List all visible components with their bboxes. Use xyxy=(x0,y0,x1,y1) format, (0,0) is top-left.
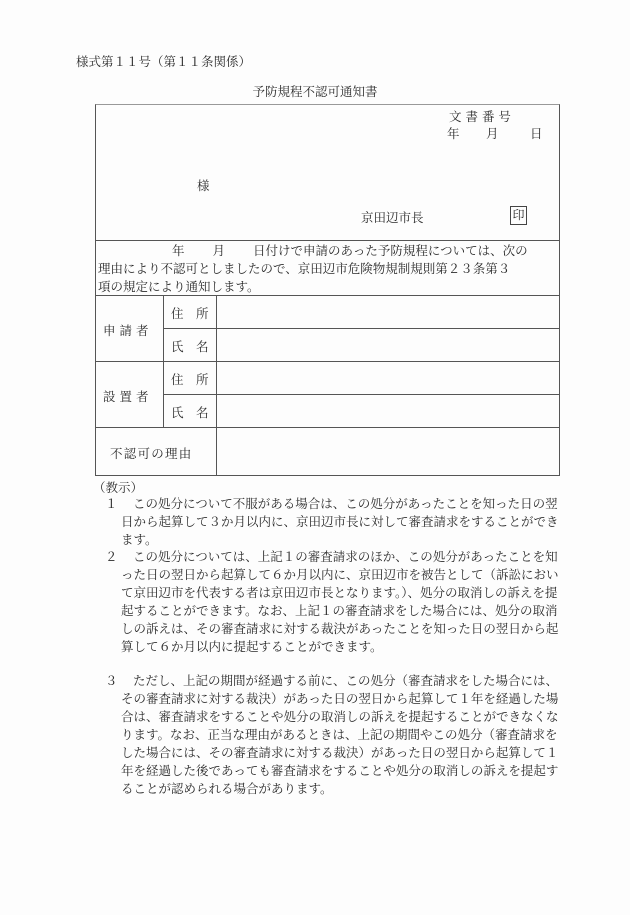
para-line3: 項の規定により通知します。 xyxy=(98,278,560,296)
reason-field[interactable] xyxy=(217,428,559,475)
para-line2: 理由により不認可としましたので、京田辺市危険物規制規則第２３条第３ xyxy=(98,260,560,278)
applicant-name-field[interactable] xyxy=(217,329,559,361)
divider xyxy=(95,240,560,241)
form-identifier: 様式第１１号（第１１条関係） xyxy=(76,52,251,70)
para-year: 年 xyxy=(172,243,185,258)
date-day-label: 日 xyxy=(530,124,543,142)
notice-item: １ この処分について不服がある場合は、この処分があったことを知った日の翌日から起… xyxy=(105,495,561,549)
para-line1: 日付けで申請のあった予防規程については、次の xyxy=(253,243,528,258)
reason-label: 不認可の理由 xyxy=(110,444,193,462)
installer-address-label: 住 所 xyxy=(171,370,209,388)
notice-item-text: この処分については、上記１の審査請求のほか、この処分があったことを知った日の翌日… xyxy=(105,548,561,656)
recipient-suffix: 様 xyxy=(197,176,210,194)
notice-item-number: １ xyxy=(105,495,118,513)
date-year-label: 年 xyxy=(447,124,460,142)
installer-name-label: 氏 名 xyxy=(171,403,209,421)
notice-item-text: ただし、上記の期間が経過する前に、この処分（審査請求をした場合には、その審査請求… xyxy=(105,672,561,798)
installer-label: 設 置 者 xyxy=(103,387,148,405)
notice-paragraph: 年月日付けで申請のあった予防規程については、次の 理由により不認可としましたので… xyxy=(98,242,560,296)
document-title: 予防規程不認可通知書 xyxy=(0,82,630,100)
notice-item-number: ３ xyxy=(105,672,118,690)
notice-item: ３ ただし、上記の期間が経過する前に、この処分（審査請求をした場合には、その審査… xyxy=(105,672,561,798)
para-month: 月 xyxy=(213,243,226,258)
issuer-name: 京田辺市長 xyxy=(361,208,424,226)
seal-mark: 印 xyxy=(510,206,527,225)
date-month-label: 月 xyxy=(486,124,499,142)
installer-address-field[interactable] xyxy=(217,362,559,394)
notice-heading: （教示） xyxy=(93,478,143,496)
doc-number-label: 文 書 番 号 xyxy=(449,107,511,125)
notice-item: ２ この処分については、上記１の審査請求のほか、この処分があったことを知った日の… xyxy=(105,548,561,656)
applicant-address-label: 住 所 xyxy=(171,304,209,322)
applicant-address-field[interactable] xyxy=(217,296,559,328)
applicant-label: 申 請 者 xyxy=(103,321,148,339)
notice-item-text: この処分について不服がある場合は、この処分があったことを知った日の翌日から起算し… xyxy=(105,495,561,549)
applicant-name-label: 氏 名 xyxy=(171,337,209,355)
divider xyxy=(163,295,164,427)
notice-item-number: ２ xyxy=(105,548,118,566)
installer-name-field[interactable] xyxy=(217,395,559,427)
